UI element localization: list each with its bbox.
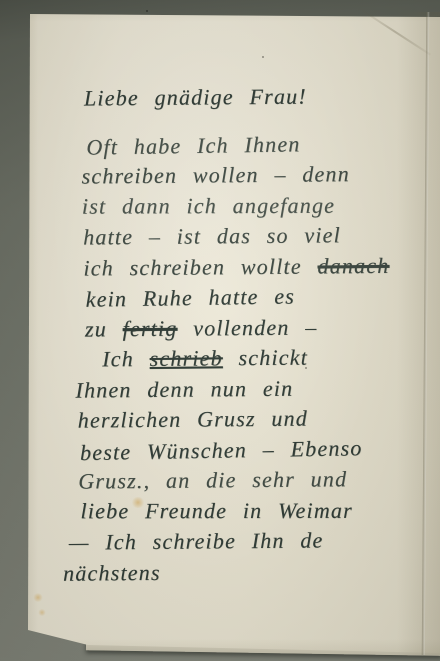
handwritten-line: liebe Freunde in Weimar	[60, 495, 440, 526]
speck	[146, 10, 148, 12]
struck-word: fertig	[123, 315, 178, 340]
text-segment: Ich	[102, 346, 150, 371]
handwritten-line: ich schreiben wollte danach	[57, 250, 440, 284]
salutation-line: Liebe gnädige Frau!	[56, 80, 440, 114]
text-segment: Liebe gnädige Frau!	[84, 84, 307, 111]
photo-background: Liebe gnädige Frau!Oft habe Ich Ihnensch…	[0, 0, 440, 661]
text-segment: schickt	[223, 345, 308, 371]
handwritten-line: zu fertig vollenden –	[58, 311, 440, 345]
handwritten-line: ist dann ich angefange	[57, 190, 440, 222]
handwritten-line: Ich schrieb schickt	[58, 341, 440, 375]
handwritten-line: beste Wünschen – Ebenso	[59, 431, 440, 468]
handwritten-line: schreiben wollen – denn	[56, 158, 440, 192]
handwritten-line: Ihnen denn nun ein	[58, 372, 440, 406]
text-segment: — Ich schreibe Ihn de	[69, 527, 324, 554]
handwritten-line: hatte – ist das so viel	[57, 219, 440, 253]
handwritten-text: Liebe gnädige Frau!Oft habe Ich Ihnensch…	[56, 80, 440, 588]
text-segment: beste Wünschen – Ebenso	[80, 435, 363, 465]
text-segment: herzlichen Grusz und	[78, 406, 308, 433]
handwritten-line: herzlichen Grusz und	[59, 402, 440, 436]
handwritten-line: Grusz., an die sehr und	[59, 463, 440, 497]
text-segment: zu	[85, 316, 123, 341]
text-segment: Grusz., an die sehr und	[78, 466, 347, 493]
text-segment: ich schreiben wollte	[83, 253, 317, 280]
text-segment: kein Ruhe hatte es	[85, 283, 295, 311]
handwritten-line: — Ich schreibe Ihn de	[60, 524, 440, 558]
text-segment: nächstens	[63, 559, 161, 585]
text-segment: liebe Freunde in Weimar	[81, 497, 353, 522]
struck-word: schrieb	[150, 345, 223, 371]
text-segment: schreiben wollen – denn	[82, 161, 350, 188]
letter-paper: Liebe gnädige Frau!Oft habe Ich Ihnensch…	[28, 12, 440, 655]
text-segment: hatte – ist das so viel	[83, 222, 341, 249]
text-segment: ist dann ich angefange	[82, 192, 335, 218]
text-segment: Ihnen denn nun ein	[75, 375, 293, 402]
handwritten-line: kein Ruhe hatte es	[57, 279, 440, 316]
text-segment: Oft habe Ich Ihnen	[86, 131, 301, 159]
handwritten-line: Oft habe Ich Ihnen	[56, 126, 440, 163]
struck-word: danach	[317, 252, 389, 278]
text-segment: vollenden –	[177, 314, 317, 340]
handwritten-line: nächstens	[60, 555, 440, 589]
